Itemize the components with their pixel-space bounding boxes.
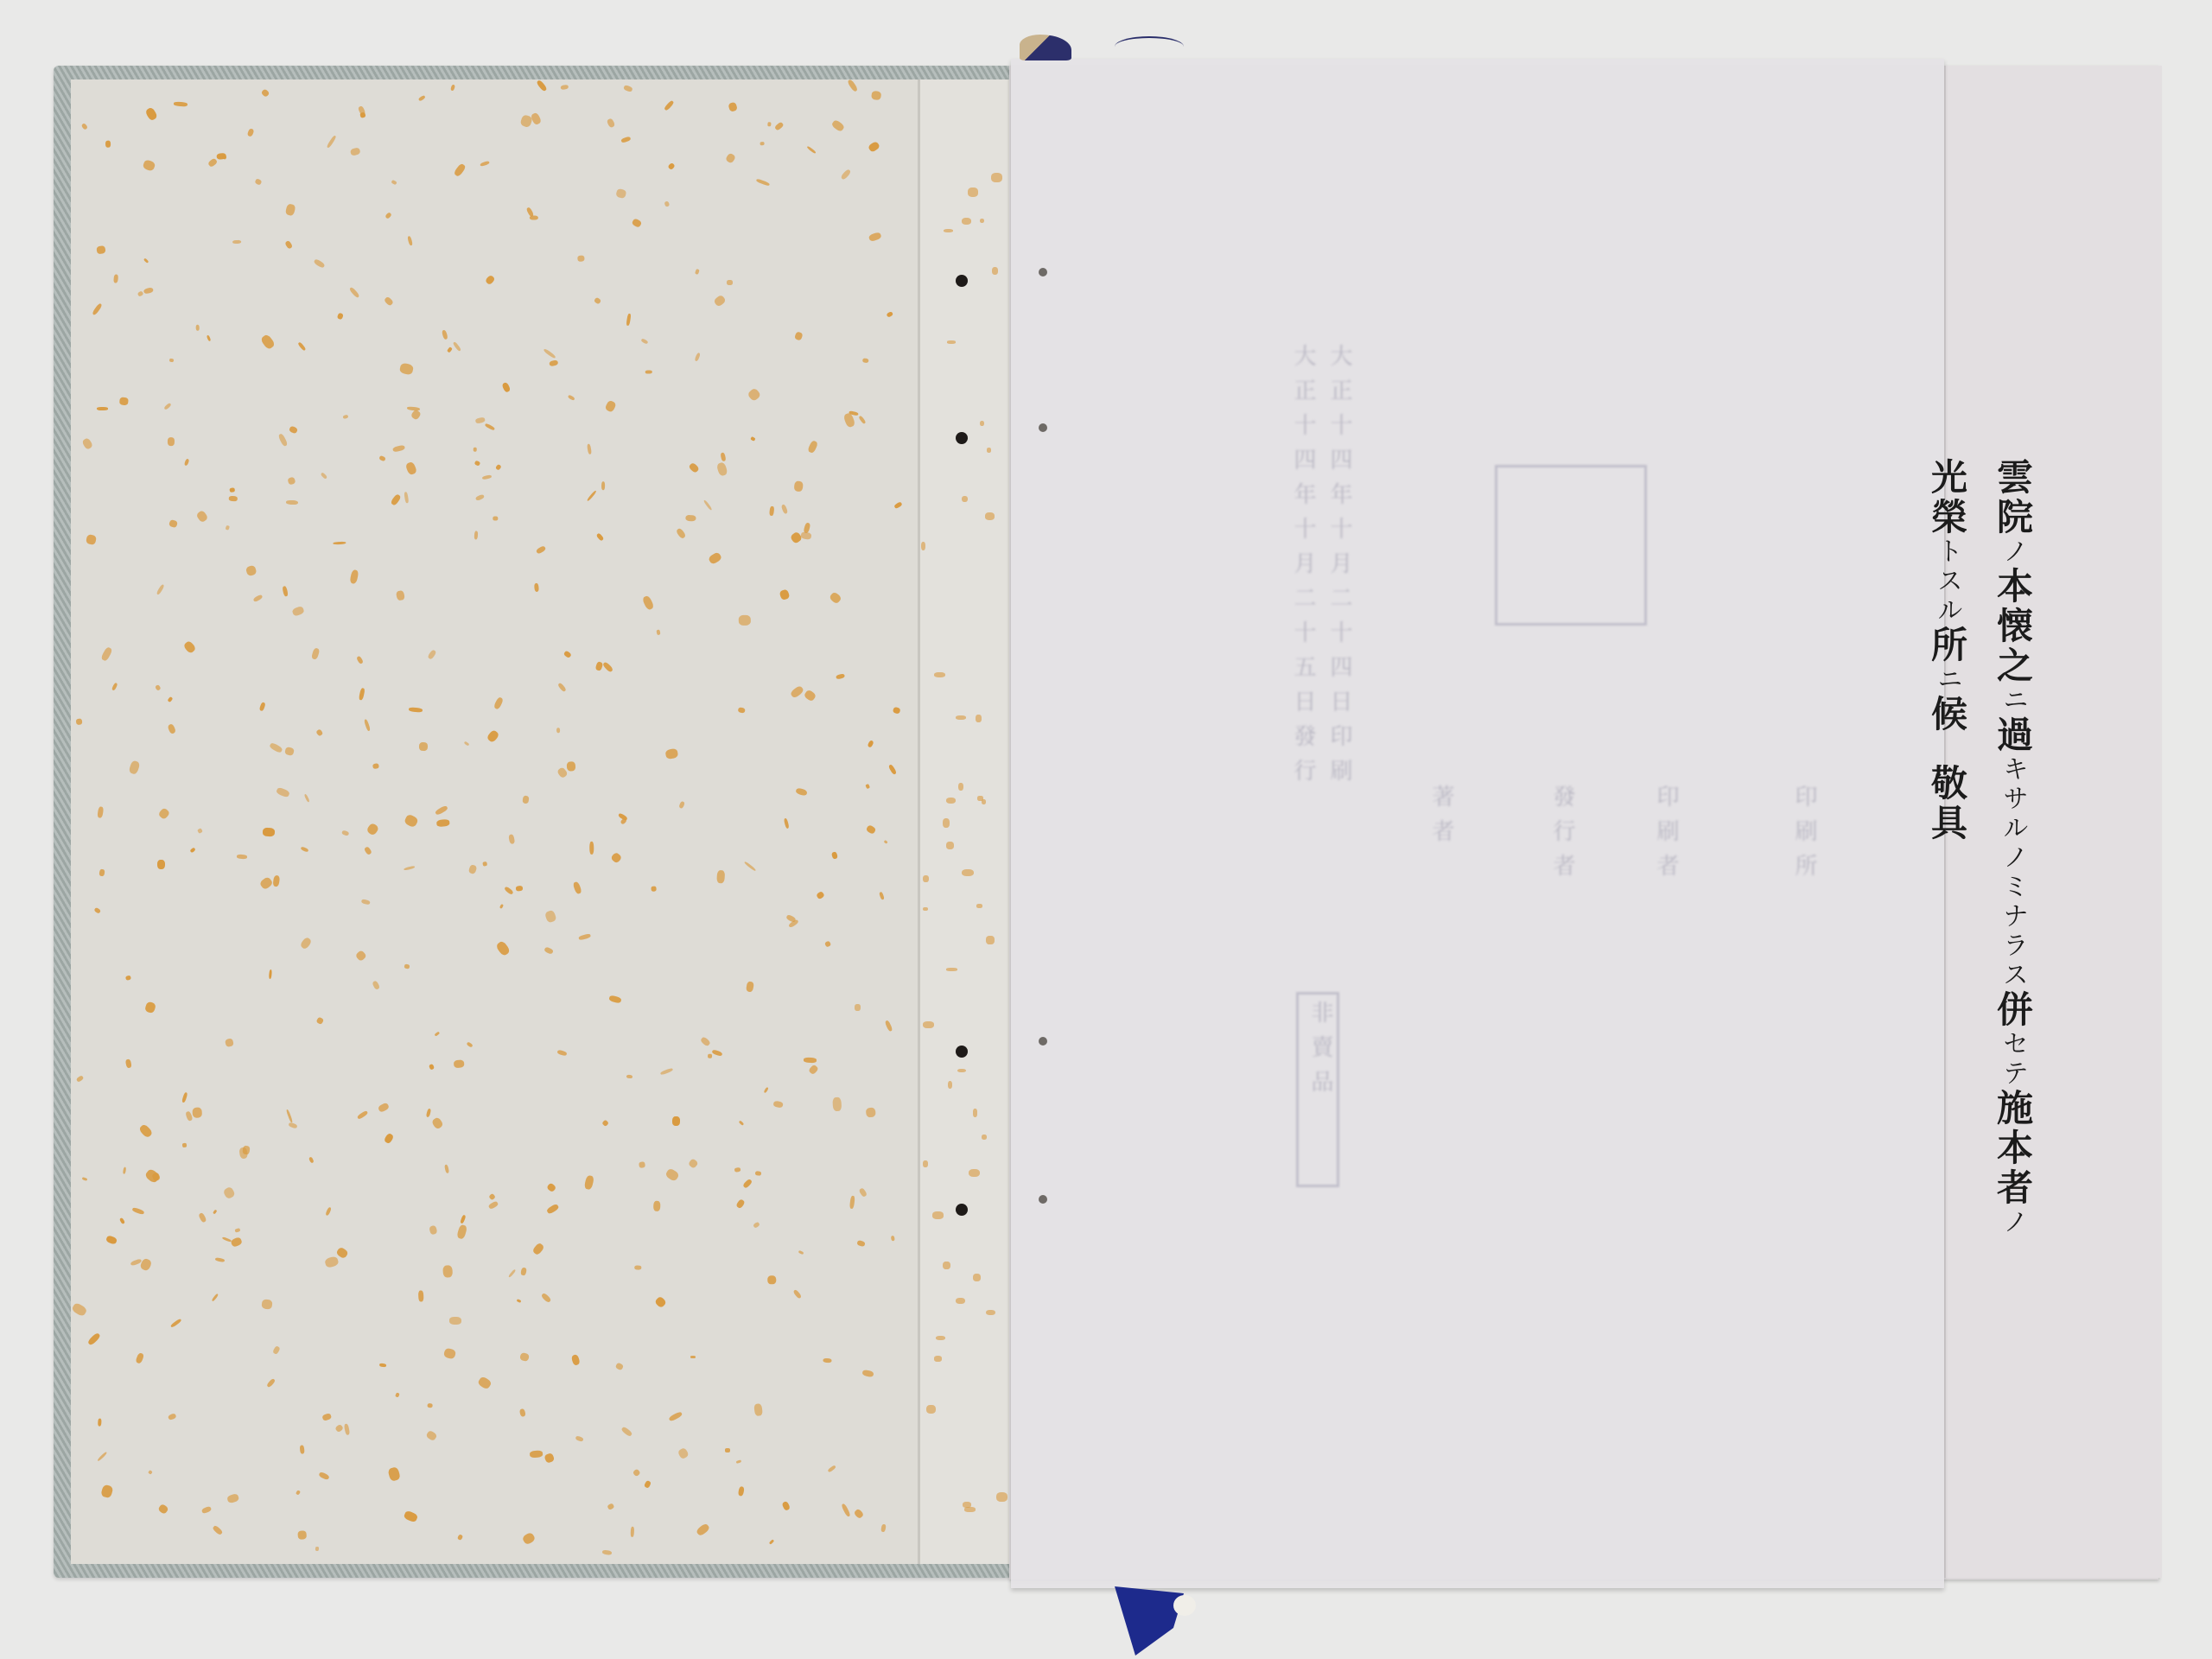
gold-fleck bbox=[157, 807, 169, 819]
gold-fleck bbox=[678, 800, 685, 808]
gold-fleck bbox=[442, 329, 448, 340]
gold-fleck bbox=[846, 79, 858, 92]
gold-fleck bbox=[836, 673, 845, 679]
gold-fleck bbox=[632, 1469, 640, 1478]
gold-fleck bbox=[385, 212, 392, 219]
gold-fleck bbox=[119, 397, 129, 405]
gold-fleck bbox=[862, 358, 869, 363]
gold-fleck bbox=[404, 964, 409, 969]
gold-fleck bbox=[495, 464, 502, 471]
gold-fleck bbox=[334, 1424, 344, 1433]
gold-fleck bbox=[973, 1274, 981, 1281]
gold-fleck bbox=[735, 1198, 745, 1209]
gold-fleck bbox=[286, 1109, 293, 1123]
gold-fleck bbox=[807, 440, 818, 454]
gold-fleck bbox=[474, 531, 478, 539]
gold-fleck bbox=[865, 784, 869, 789]
gold-fleck bbox=[384, 296, 394, 306]
gold-fleck bbox=[189, 848, 195, 854]
gold-fleck bbox=[549, 359, 558, 366]
gold-fleck bbox=[781, 1501, 791, 1511]
gold-fleck bbox=[333, 542, 346, 545]
gold-fleck bbox=[404, 814, 420, 829]
gold-fleck bbox=[286, 500, 298, 505]
gold-fleck bbox=[570, 1354, 580, 1366]
gold-fleck bbox=[756, 178, 770, 186]
binding-hole bbox=[956, 1046, 968, 1058]
gold-fleck bbox=[964, 1507, 976, 1512]
gold-fleck bbox=[753, 1222, 760, 1229]
gold-fleck bbox=[174, 101, 188, 106]
gold-fleck bbox=[987, 448, 992, 452]
gold-fleck bbox=[426, 1430, 438, 1441]
gold-fleck bbox=[253, 594, 264, 603]
gold-fleck bbox=[494, 940, 511, 957]
gold-fleck bbox=[616, 188, 627, 199]
gold-fleck bbox=[963, 1502, 970, 1508]
gold-fleck bbox=[157, 860, 165, 869]
gold-fleck bbox=[531, 112, 542, 125]
gold-fleck bbox=[568, 395, 575, 402]
text-segment: ニ bbox=[1998, 686, 2028, 715]
gold-fleck bbox=[556, 1049, 567, 1056]
gold-fleck bbox=[263, 828, 275, 837]
gold-fleck bbox=[767, 1274, 777, 1284]
gold-fleck bbox=[299, 1446, 304, 1454]
gold-fleck bbox=[664, 100, 675, 111]
gold-fleck bbox=[620, 136, 631, 143]
gold-fleck bbox=[99, 869, 105, 877]
gold-fleck bbox=[484, 423, 494, 430]
gold-fleck bbox=[667, 162, 675, 170]
gold-fleck bbox=[695, 269, 700, 275]
gold-fleck bbox=[272, 875, 280, 887]
gold-fleck bbox=[242, 1145, 250, 1154]
gold-fleck bbox=[142, 159, 156, 172]
gold-fleck bbox=[546, 1204, 559, 1215]
gold-fleck bbox=[75, 718, 82, 725]
gold-fleck bbox=[620, 817, 627, 825]
gold-fleck bbox=[341, 829, 349, 836]
gold-fleck bbox=[794, 480, 804, 492]
gold-fleck bbox=[677, 1446, 690, 1459]
gold-fleck bbox=[891, 1236, 895, 1242]
gold-fleck bbox=[289, 426, 298, 435]
gold-fleck bbox=[143, 286, 154, 294]
bleed-text: 大正十四年十月二十五日發行 bbox=[1287, 344, 1319, 793]
gold-fleck bbox=[342, 414, 348, 419]
bookmark-tassel-top bbox=[1020, 35, 1071, 60]
gold-fleck bbox=[289, 1122, 298, 1129]
gold-fleck bbox=[584, 1175, 594, 1190]
gold-fleck bbox=[605, 399, 617, 412]
gold-fleck bbox=[128, 760, 140, 775]
gold-fleck bbox=[739, 615, 751, 626]
gold-fleck bbox=[969, 1169, 980, 1178]
gold-fleck bbox=[737, 707, 745, 714]
gold-fleck bbox=[690, 1356, 696, 1358]
gold-fleck bbox=[449, 1316, 461, 1324]
gold-fleck bbox=[572, 881, 582, 895]
gold-fleck bbox=[804, 1057, 817, 1062]
gold-fleck bbox=[442, 1265, 453, 1278]
gold-fleck bbox=[450, 85, 455, 92]
gold-fleck bbox=[81, 123, 89, 130]
gold-fleck bbox=[336, 1246, 350, 1259]
gold-fleck bbox=[645, 1480, 652, 1488]
gold-fleck bbox=[754, 1403, 763, 1416]
gold-fleck bbox=[669, 1411, 683, 1422]
gold-fleck bbox=[575, 1435, 584, 1442]
gold-fleck bbox=[287, 477, 296, 486]
gold-fleck bbox=[405, 461, 417, 476]
gold-fleck bbox=[167, 696, 173, 702]
gold-fleck bbox=[861, 1370, 874, 1378]
gold-fleck bbox=[986, 936, 994, 944]
gold-fleck bbox=[792, 1289, 802, 1300]
gold-fleck bbox=[260, 334, 276, 350]
text-segment: 施本者 bbox=[1992, 1089, 2034, 1208]
gold-fleck bbox=[947, 340, 956, 343]
gold-fleck bbox=[936, 1336, 945, 1340]
gold-fleck bbox=[92, 302, 103, 315]
gold-fleck bbox=[832, 1097, 842, 1111]
gold-fleck bbox=[610, 852, 622, 864]
gold-fleck bbox=[364, 719, 371, 731]
gold-fleck bbox=[486, 729, 500, 743]
gold-fleck bbox=[429, 1064, 435, 1070]
gold-fleck bbox=[170, 1318, 181, 1327]
gold-fleck bbox=[601, 482, 605, 491]
gold-fleck bbox=[608, 995, 621, 1004]
gold-fleck bbox=[736, 1459, 742, 1464]
gold-fleck bbox=[434, 804, 448, 816]
gold-fleck bbox=[607, 1503, 614, 1510]
gold-fleck bbox=[212, 1294, 219, 1302]
gold-fleck bbox=[337, 312, 344, 320]
gold-fleck bbox=[520, 1268, 527, 1276]
page-right-strip bbox=[1944, 66, 2162, 1578]
gold-fleck bbox=[985, 512, 995, 520]
gold-fleck bbox=[456, 1224, 467, 1238]
gold-fleck bbox=[447, 346, 452, 353]
gold-fleck bbox=[884, 840, 889, 844]
gold-fleck bbox=[454, 1059, 465, 1068]
gold-fleck bbox=[744, 861, 757, 871]
text-segment: 併 bbox=[1992, 990, 2034, 1030]
gold-fleck bbox=[404, 493, 409, 504]
gold-fleck bbox=[746, 982, 754, 993]
gold-fleck bbox=[105, 141, 111, 148]
gold-fleck bbox=[493, 696, 504, 710]
gold-fleck bbox=[82, 1177, 88, 1181]
gold-fleck bbox=[634, 1265, 641, 1269]
text-segment bbox=[1932, 734, 1962, 764]
gold-fleck bbox=[962, 496, 968, 502]
gold-fleck bbox=[311, 647, 320, 659]
gold-fleck bbox=[594, 296, 601, 304]
gold-fleck bbox=[119, 1217, 125, 1224]
gold-fleck bbox=[357, 1110, 369, 1120]
gold-fleck bbox=[96, 245, 105, 254]
gold-fleck bbox=[97, 806, 104, 817]
gold-fleck bbox=[545, 910, 557, 923]
gold-fleck bbox=[269, 969, 272, 980]
gold-fleck bbox=[976, 715, 982, 722]
gold-fleck bbox=[482, 474, 493, 480]
gold-fleck bbox=[359, 688, 365, 701]
text-segment: トスル bbox=[1932, 537, 1962, 626]
gold-fleck bbox=[475, 493, 486, 501]
gold-fleck bbox=[501, 382, 511, 393]
gold-fleck bbox=[125, 975, 131, 981]
gold-fleck bbox=[444, 1165, 449, 1173]
gold-fleck bbox=[563, 651, 571, 658]
gold-fleck bbox=[921, 542, 926, 550]
gold-fleck bbox=[747, 388, 761, 403]
gold-fleck-endpaper bbox=[71, 79, 918, 1564]
gold-fleck bbox=[304, 794, 310, 803]
gold-fleck bbox=[507, 1268, 516, 1278]
gold-fleck bbox=[968, 188, 978, 196]
text-segment: 候 bbox=[1926, 695, 1968, 734]
gold-fleck bbox=[322, 1413, 332, 1421]
gold-fleck bbox=[229, 487, 234, 492]
gold-fleck bbox=[261, 89, 270, 99]
gold-fleck bbox=[404, 865, 416, 870]
text-segment: 本懐之 bbox=[1992, 567, 2034, 686]
gold-fleck bbox=[784, 817, 790, 829]
gold-fleck bbox=[272, 1345, 280, 1354]
tissue-overlay[interactable]: 大正十四年十月二十五日發行 大正十四年十月二十四日印刷 非賣品 著者 發行者 印… bbox=[1011, 59, 1944, 1588]
gold-fleck bbox=[595, 661, 603, 671]
gold-fleck bbox=[97, 407, 108, 410]
gold-fleck bbox=[443, 1347, 457, 1359]
gold-fleck bbox=[798, 1250, 804, 1255]
gold-fleck bbox=[885, 1020, 893, 1033]
gold-fleck bbox=[645, 371, 652, 374]
gold-fleck bbox=[388, 1466, 401, 1481]
gold-fleck bbox=[615, 1362, 624, 1370]
gold-fleck bbox=[315, 728, 323, 736]
gold-fleck bbox=[712, 1049, 723, 1057]
text-segment: 光榮 bbox=[1926, 458, 1968, 537]
gold-fleck bbox=[164, 403, 172, 410]
gold-fleck bbox=[713, 295, 727, 308]
gold-fleck bbox=[269, 742, 283, 753]
gold-fleck bbox=[292, 606, 305, 617]
gold-fleck bbox=[567, 761, 576, 772]
gold-fleck bbox=[201, 1506, 212, 1515]
gold-fleck bbox=[283, 586, 289, 597]
gold-fleck bbox=[823, 1358, 832, 1363]
bleed-text: 非賣品 bbox=[1305, 1001, 1337, 1104]
gold-fleck bbox=[579, 933, 591, 940]
gold-fleck bbox=[868, 740, 875, 748]
gold-fleck bbox=[226, 525, 230, 531]
bleed-seal-box bbox=[1495, 465, 1647, 626]
gold-fleck bbox=[824, 941, 831, 948]
gold-fleck bbox=[540, 1293, 551, 1304]
gold-fleck bbox=[196, 511, 209, 524]
gold-fleck bbox=[866, 824, 877, 835]
gold-fleck bbox=[529, 215, 537, 219]
ribbon-tip bbox=[1173, 1595, 1196, 1616]
gold-fleck bbox=[167, 723, 176, 734]
gold-fleck bbox=[943, 818, 950, 828]
gold-fleck bbox=[556, 728, 560, 733]
gold-fleck bbox=[849, 1196, 855, 1209]
gold-fleck bbox=[982, 799, 986, 804]
gold-fleck bbox=[125, 1058, 131, 1068]
gold-fleck bbox=[654, 1295, 667, 1308]
text-segment: 敬具 bbox=[1926, 764, 1968, 843]
gold-fleck bbox=[607, 118, 616, 128]
gold-fleck bbox=[587, 490, 597, 502]
gold-fleck bbox=[557, 683, 567, 693]
gold-fleck bbox=[123, 1166, 127, 1173]
binding-flap bbox=[918, 79, 1012, 1564]
gold-fleck bbox=[621, 1427, 633, 1438]
gold-fleck bbox=[215, 1257, 225, 1262]
gold-fleck bbox=[982, 1135, 987, 1140]
gold-fleck bbox=[830, 119, 844, 132]
gold-fleck bbox=[372, 980, 380, 990]
gold-fleck bbox=[602, 1119, 609, 1126]
gold-fleck bbox=[417, 95, 425, 102]
gold-fleck bbox=[349, 287, 360, 299]
gold-fleck bbox=[379, 1363, 387, 1368]
gold-fleck bbox=[225, 1039, 234, 1048]
gold-fleck bbox=[543, 947, 554, 956]
gold-fleck bbox=[143, 257, 149, 264]
gold-fleck bbox=[138, 1123, 154, 1139]
gold-fleck bbox=[943, 1262, 950, 1270]
gold-fleck bbox=[728, 102, 738, 112]
gold-fleck bbox=[751, 436, 756, 442]
gold-fleck bbox=[168, 519, 178, 529]
gold-fleck bbox=[623, 85, 633, 92]
gold-fleck bbox=[378, 455, 385, 462]
gold-fleck bbox=[934, 1356, 942, 1362]
gold-fleck bbox=[587, 443, 592, 454]
gold-fleck bbox=[996, 1492, 1007, 1502]
gold-fleck bbox=[880, 1524, 887, 1533]
gold-fleck bbox=[327, 135, 337, 148]
gold-fleck bbox=[544, 1452, 556, 1463]
gold-fleck bbox=[508, 835, 515, 845]
gold-fleck bbox=[962, 218, 971, 225]
gold-fleck bbox=[536, 79, 547, 92]
bookmark-ribbon-bottom[interactable] bbox=[1115, 1586, 1184, 1656]
gold-fleck bbox=[296, 1490, 301, 1495]
gold-fleck bbox=[429, 1225, 437, 1235]
gold-fleck bbox=[956, 1298, 964, 1304]
gold-fleck bbox=[532, 1243, 545, 1255]
gold-fleck bbox=[132, 1207, 145, 1215]
gold-fleck bbox=[866, 1107, 876, 1117]
gold-fleck bbox=[499, 904, 504, 909]
gold-fleck bbox=[715, 461, 728, 477]
gold-fleck bbox=[543, 348, 556, 359]
gold-fleck bbox=[344, 1424, 350, 1436]
gold-fleck bbox=[530, 1451, 543, 1459]
gold-fleck bbox=[664, 201, 670, 208]
gold-fleck bbox=[261, 1299, 272, 1309]
gold-fleck bbox=[475, 417, 486, 424]
gold-fleck bbox=[504, 886, 514, 895]
text-segment: 所 bbox=[1926, 626, 1968, 665]
gold-fleck bbox=[156, 583, 165, 594]
gold-fleck bbox=[460, 1215, 466, 1224]
gold-fleck bbox=[696, 1523, 710, 1537]
gold-fleck bbox=[409, 708, 423, 713]
gold-fleck bbox=[521, 1531, 536, 1546]
gold-fleck bbox=[418, 1290, 423, 1301]
gold-fleck bbox=[391, 180, 397, 186]
gold-fleck bbox=[396, 590, 405, 601]
gold-fleck bbox=[973, 1109, 977, 1116]
gold-fleck bbox=[702, 499, 712, 511]
gold-fleck bbox=[464, 741, 470, 747]
gold-fleck bbox=[856, 1240, 865, 1248]
gold-fleck bbox=[725, 152, 736, 163]
gold-fleck bbox=[212, 1524, 223, 1535]
gold-fleck bbox=[804, 522, 811, 533]
gold-fleck bbox=[639, 1162, 645, 1168]
gold-fleck bbox=[956, 715, 966, 720]
gold-fleck bbox=[284, 240, 293, 250]
gold-fleck bbox=[356, 655, 364, 664]
gold-fleck bbox=[626, 314, 632, 326]
gold-fleck bbox=[725, 1448, 730, 1452]
gold-fleck bbox=[76, 1075, 84, 1082]
gold-fleck bbox=[720, 453, 726, 461]
gold-fleck bbox=[932, 1211, 944, 1219]
gold-fleck bbox=[139, 1257, 153, 1272]
gold-fleck bbox=[482, 861, 487, 867]
gold-fleck bbox=[948, 1081, 953, 1089]
bleed-text: 印刷所 bbox=[1789, 785, 1821, 888]
gold-fleck bbox=[695, 353, 702, 362]
gold-fleck bbox=[700, 1036, 711, 1046]
gold-fleck bbox=[474, 460, 480, 466]
gold-fleck bbox=[760, 142, 764, 146]
gold-fleck bbox=[454, 163, 467, 177]
gold-fleck bbox=[561, 84, 569, 90]
gold-fleck bbox=[886, 310, 893, 317]
gold-fleck bbox=[769, 1539, 774, 1544]
gold-fleck bbox=[926, 1405, 935, 1414]
gold-fleck bbox=[780, 505, 788, 515]
loose-thread bbox=[1115, 36, 1184, 57]
gold-fleck bbox=[893, 501, 902, 509]
gold-fleck bbox=[957, 1069, 966, 1073]
binding-hole bbox=[956, 275, 968, 287]
text-segment: キサルノミナラス bbox=[1998, 755, 2028, 990]
gold-fleck bbox=[631, 1527, 634, 1537]
gold-fleck bbox=[360, 112, 366, 118]
gold-fleck bbox=[656, 629, 660, 634]
gold-fleck bbox=[301, 846, 309, 852]
gold-fleck bbox=[350, 147, 361, 156]
gold-fleck bbox=[660, 1067, 673, 1075]
gold-fleck bbox=[992, 267, 999, 275]
gold-fleck bbox=[192, 1107, 202, 1118]
gold-fleck bbox=[879, 892, 885, 900]
gold-fleck bbox=[355, 950, 367, 963]
gold-fleck bbox=[946, 842, 954, 849]
